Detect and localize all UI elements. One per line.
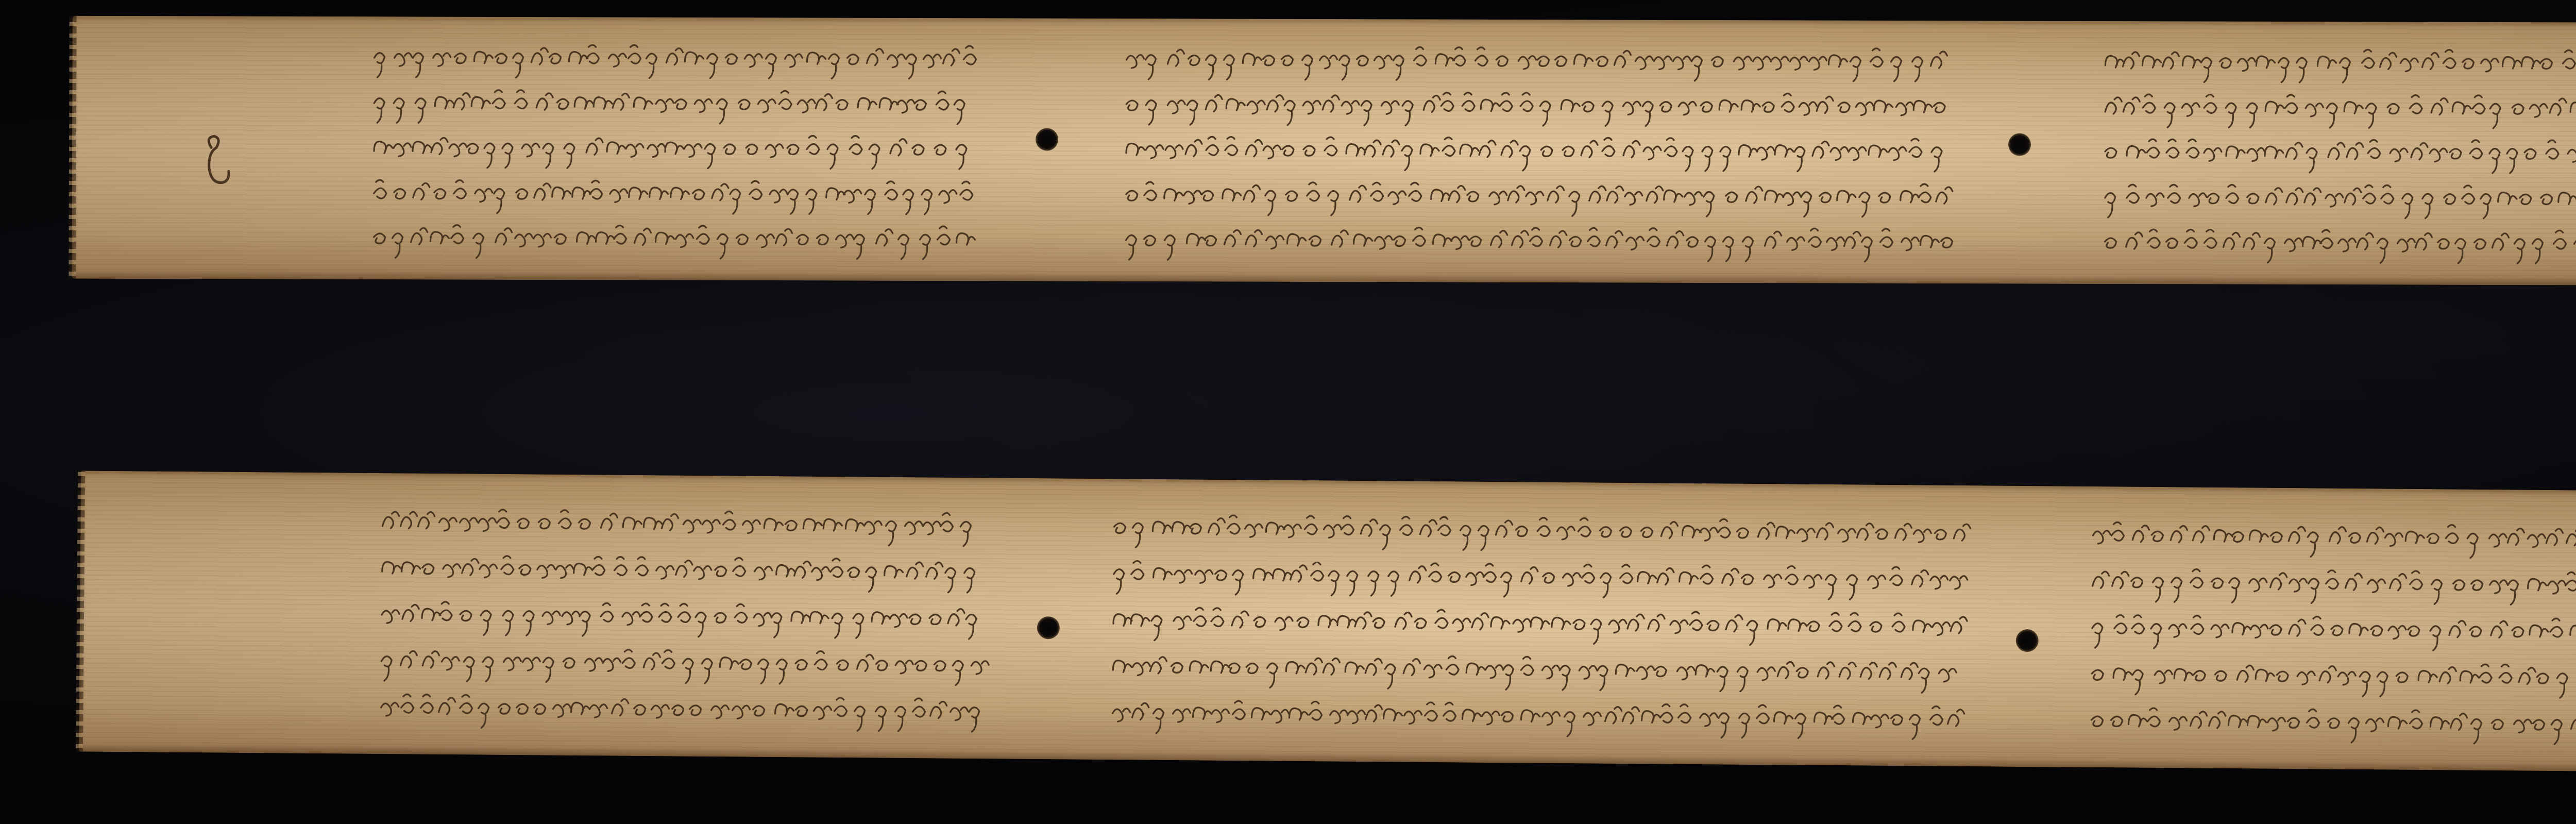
frayed-leaf-edge: [69, 16, 76, 279]
manuscript-text-line: [1110, 553, 1976, 601]
manuscript-text-line: [1123, 129, 1968, 173]
manuscript-text-line: [1110, 600, 1976, 648]
manuscript-text-line: [1123, 84, 1968, 127]
manuscript-text-line: [371, 173, 989, 215]
text-column-3: [2102, 42, 2576, 265]
text-column-1: [378, 501, 997, 733]
text-column-1: [370, 37, 989, 260]
manuscript-text-line: [2089, 561, 2576, 607]
palm-leaf-bottom: [79, 470, 2576, 773]
text-column-2: [1123, 39, 1968, 263]
manuscript-text-line: [2102, 132, 2576, 175]
manuscript-text-line: [1123, 220, 1968, 263]
manuscript-text-line: [370, 217, 989, 260]
manuscript-text-line: [2089, 608, 2576, 653]
manuscript-text-line: [1111, 507, 1977, 555]
manuscript-text-line: [371, 82, 989, 125]
string-hole-left: [1037, 616, 1060, 639]
string-hole-left: [1036, 128, 1058, 151]
manuscript-text-line: [1109, 693, 1975, 741]
manuscript-text-line: [379, 594, 997, 640]
frayed-leaf-edge: [76, 470, 85, 751]
leaf-number-glyph: [196, 132, 237, 194]
text-column-2: [1109, 507, 1976, 741]
string-hole-right: [2016, 629, 2039, 652]
manuscript-text-line: [2089, 654, 2576, 700]
text-column-3: [2088, 515, 2576, 746]
manuscript-text-line: [1110, 646, 1976, 694]
manuscript-text-line: [371, 37, 989, 80]
manuscript-text-line: [1123, 39, 1968, 82]
manuscript-text-line: [2088, 700, 2576, 746]
manuscript-text-line: [2102, 42, 2576, 85]
manuscript-text-line: [378, 641, 997, 686]
manuscript-text-line: [2102, 177, 2576, 220]
manuscript-text-line: [371, 127, 989, 170]
manuscript-text-line: [379, 501, 998, 547]
manuscript-text-line: [2102, 222, 2576, 265]
manuscript-text-line: [2090, 515, 2576, 561]
string-hole-right: [2008, 133, 2031, 156]
manuscript-text-line: [1123, 174, 1968, 217]
manuscript-text-line: [2102, 87, 2576, 129]
palm-leaf-top: [72, 16, 2576, 287]
manuscript-text-line: [378, 687, 996, 733]
manuscript-text-line: [379, 548, 997, 594]
